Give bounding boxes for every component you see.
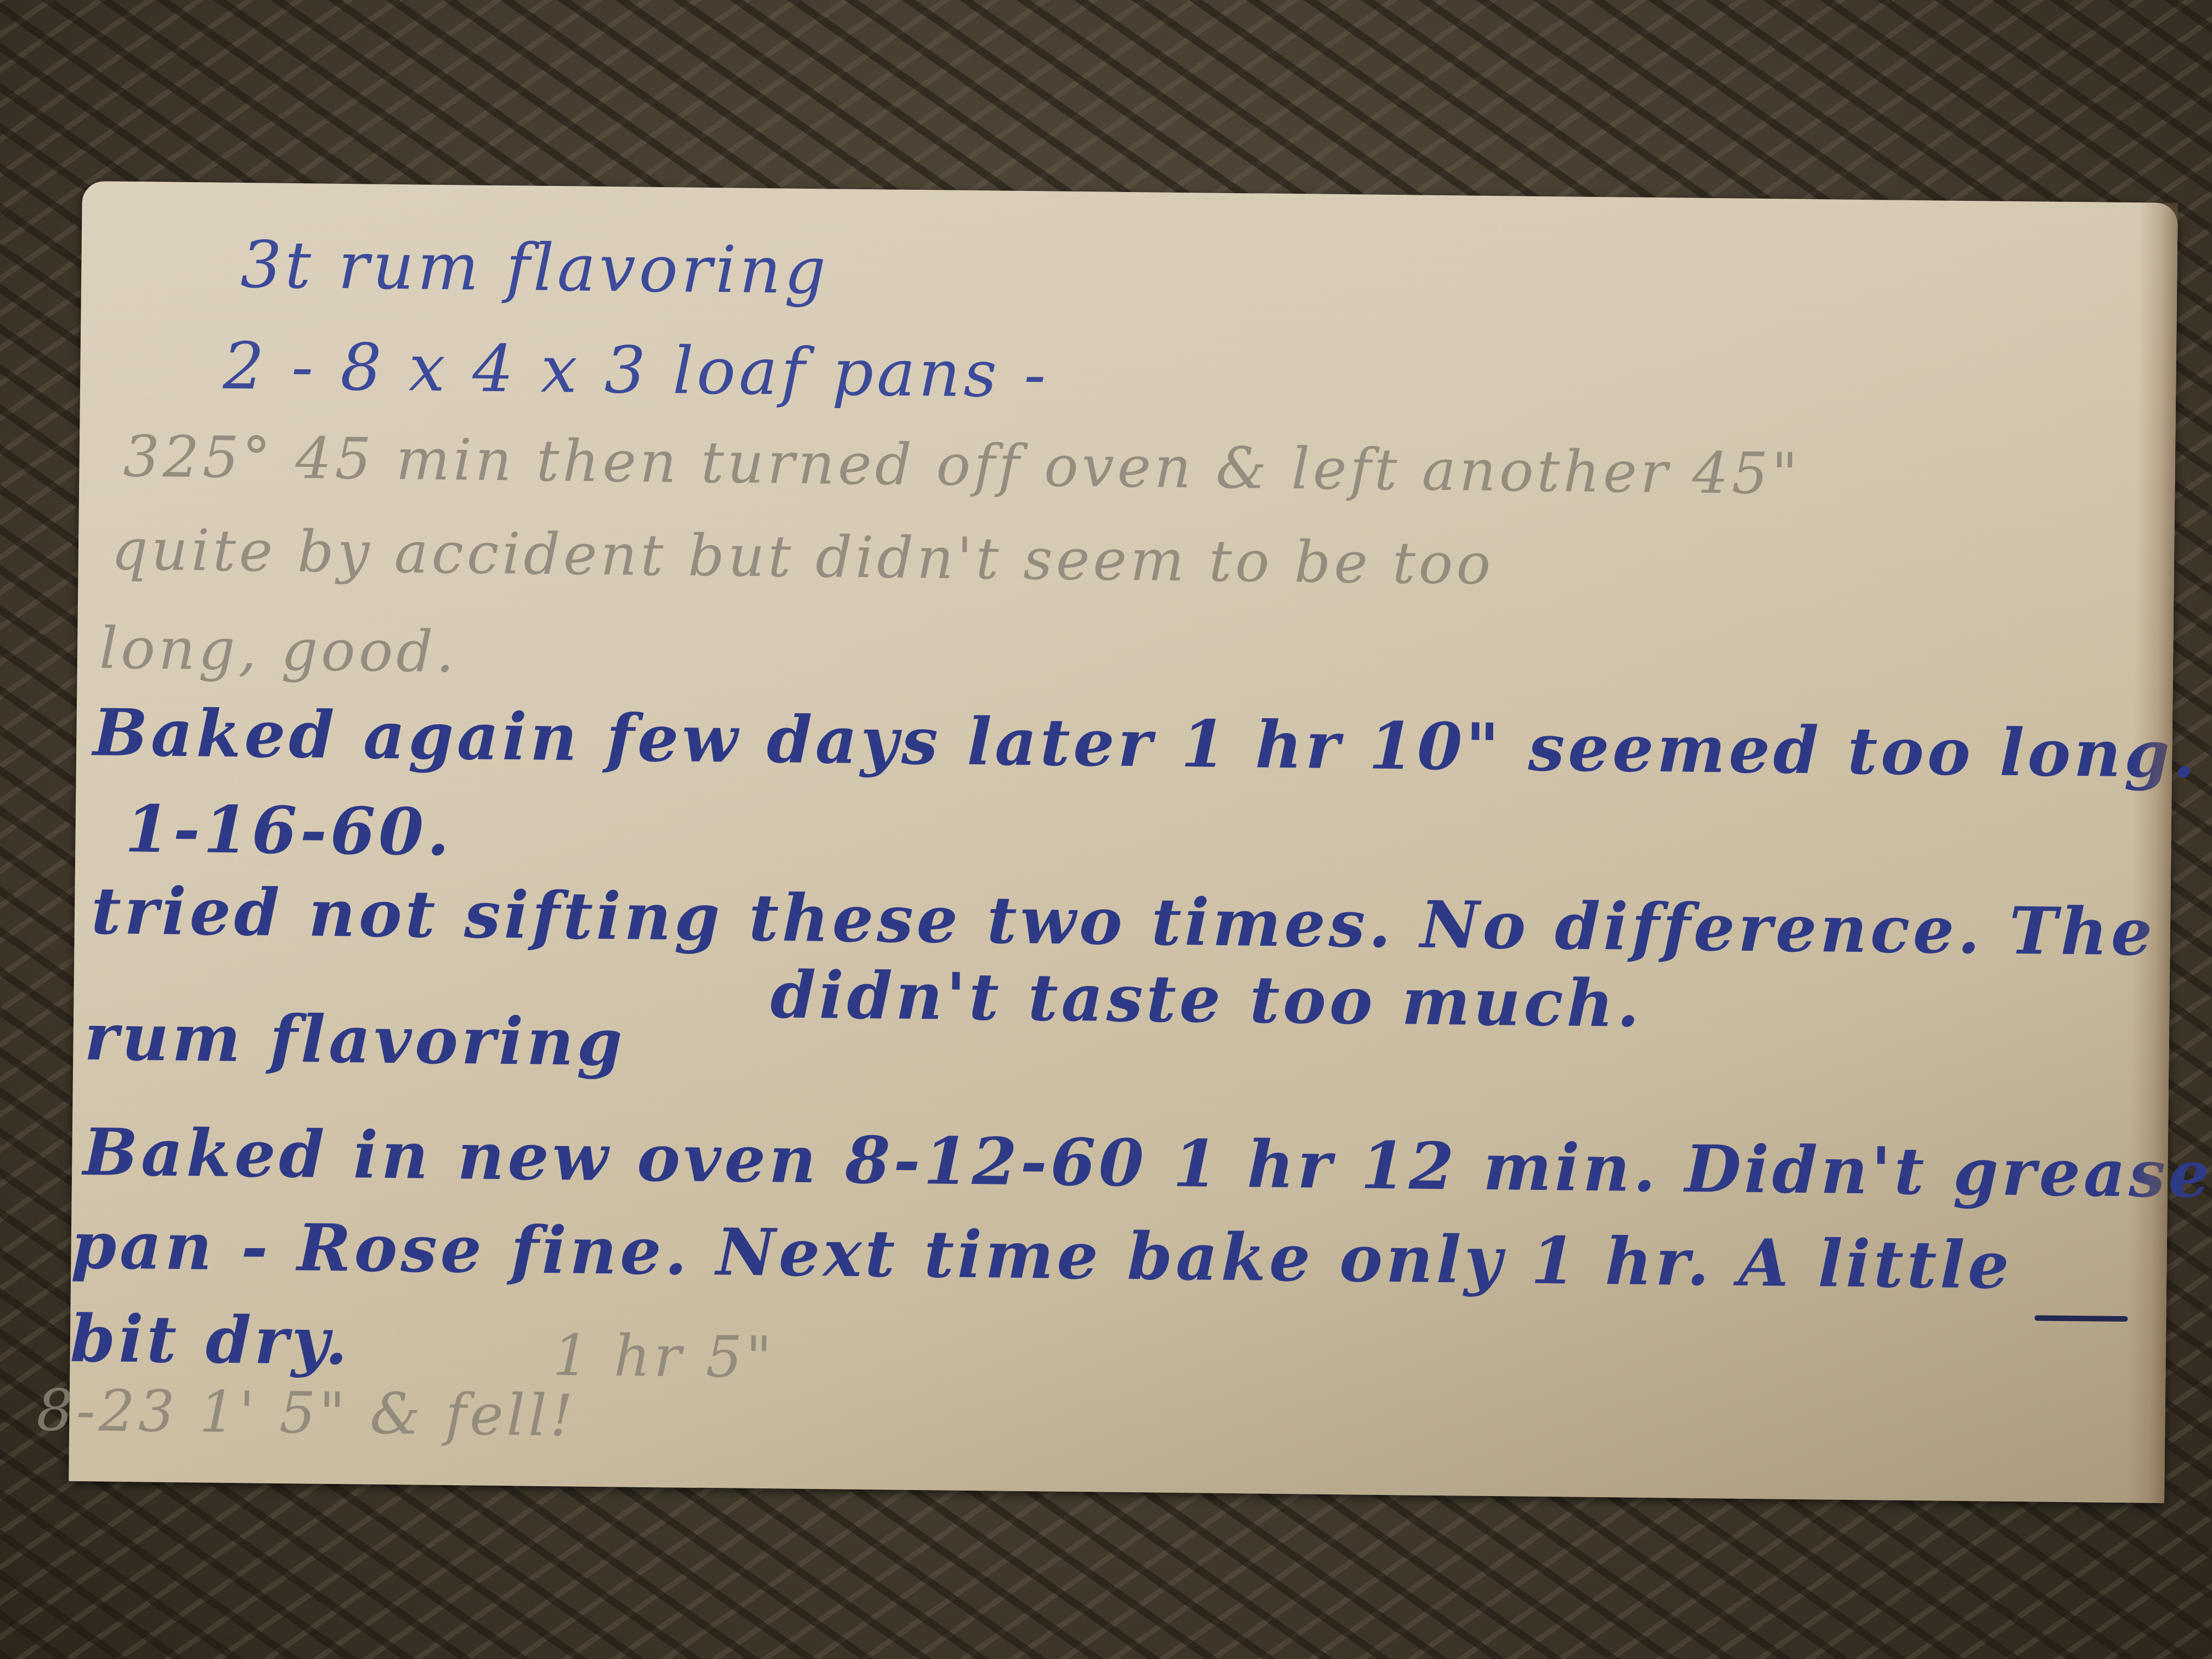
pencil-note-long-good: long, good. [99,614,458,685]
pan-size-note: 2 - 8 x 4 x 3 loaf pans - [223,328,1049,413]
pencil-note-8-23-fell: 8-23 1' 5" & fell! [36,1376,577,1449]
pencil-note-1hr-5: 1 hr 5" [552,1322,775,1391]
note-bit-dry: bit dry. [70,1300,351,1379]
note-tried-not-sifting: tried not sifting these two times. No di… [91,872,2155,970]
note-rum-flavoring: rum flavoring [84,998,626,1080]
ingredient-rum-flavoring: 3t rum flavoring [240,227,830,308]
note-didnt-taste: didn't taste too much. [770,956,1643,1042]
note-baked-new-oven: Baked in new oven 8-12-60 1 hr 12 min. D… [83,1114,2212,1212]
underline-little [2034,1315,2128,1322]
date-1-16-60: 1-16-60. [125,791,453,870]
note-rose-fine: pan - Rose fine. Next time bake only 1 h… [71,1207,2013,1304]
note-baked-again: Baked again few days later 1 hr 10" seem… [93,694,2199,792]
pencil-note-bake-temp: 325° 45 min then turned off oven & left … [123,423,1801,507]
recipe-card: 3t rum flavoring 2 - 8 x 4 x 3 loaf pans… [69,181,2178,1503]
pencil-note-accident: quite by accident but didn't seem to be … [111,516,1494,597]
